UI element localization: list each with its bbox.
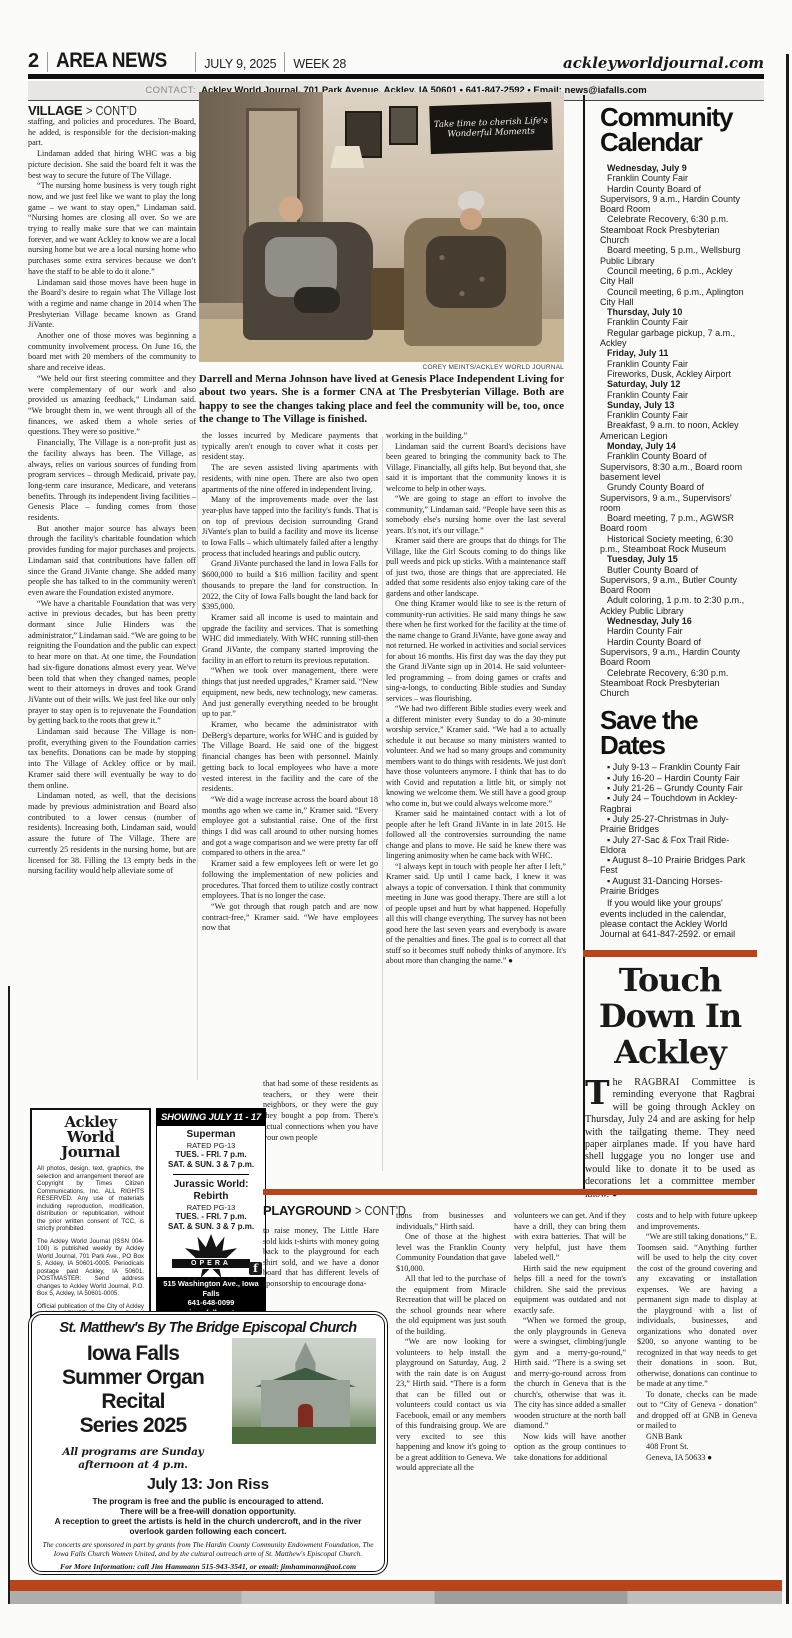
calendar-event: Adult coloring, 1 p.m. to 2:30 p.m., Ack… (600, 595, 748, 616)
paragraph: The Ackley World Journal (ISSN 004-100) … (37, 1238, 144, 1298)
calendar-event: Board meeting, 7 p.m., AGWSR Board room (600, 513, 748, 534)
calendar-event: Hardin County Board of Supervisors, 9 a.… (600, 184, 748, 215)
paragraph: “I always kept in touch with people her … (386, 862, 566, 967)
recital-event-line: July 13: Jon Riss (40, 1476, 376, 1494)
touchdown-divider (583, 950, 757, 957)
playground-continued-header: PLAYGROUND > CONT'D (263, 1204, 415, 1218)
paragraph: “The nursing home business is very tough… (28, 181, 196, 277)
photo-woman (460, 208, 482, 230)
movie-separator (173, 1174, 249, 1175)
contact-label: CONTACT: (145, 85, 196, 96)
page-number: 2 (28, 50, 39, 72)
calendar-event: Franklin County Fair (600, 410, 748, 420)
church-ad-headline: St. Matthew's By The Bridge Episcopal Ch… (45, 1319, 371, 1336)
playground-column-a: to raise money, The Little Hare sold kid… (263, 1226, 379, 1318)
paragraph: Kramer, who became the administrator wit… (202, 720, 378, 795)
paragraph: Lindaman added that hiring WHC was a big… (28, 149, 196, 181)
church-photo (232, 1338, 376, 1444)
recital-sponsors: The concerts are sponsored in part by gr… (40, 1541, 376, 1559)
paragraph: costs and to help with future upkeep and… (637, 1211, 757, 1232)
header-divider (284, 52, 285, 72)
paragraph: “When we formed the group, the only play… (514, 1316, 626, 1432)
theater-ad: SHOWING JULY 11 - 17 SupermanRATED PG-13… (156, 1108, 266, 1321)
paragraph: Financially, The Village is a non-profit… (28, 438, 196, 524)
village-column-3: working in the building.”Lindaman said t… (386, 431, 566, 1173)
calendar-event: Council meeting, 6 p.m., Ackley City Hal… (600, 266, 748, 287)
movie-title: Superman (157, 1129, 265, 1141)
calendar-title: Community Calendar (600, 105, 748, 155)
paragraph: “We have a charitable Foundation that wa… (28, 599, 196, 727)
paragraph: But another major source has always been… (28, 524, 196, 599)
footer-gray-bar (10, 1591, 782, 1604)
save-date-item: ▪ July 25-27-Christmas in July-Prairie B… (600, 814, 748, 835)
save-date-item: ▪ July 16-20 – Hardin County Fair (600, 773, 748, 783)
movie-times: SAT. & SUN. 3 & 7 p.m. (157, 1222, 265, 1232)
calendar-submission-note: If you would like your groups' events in… (600, 898, 748, 937)
paragraph: One of those at the highest level was th… (396, 1232, 506, 1274)
page-header: 2 AREA NEWS JULY 9, 2025 WEEK 28 ackleyw… (28, 42, 764, 72)
calendar-day-name: Wednesday, July 16 (600, 616, 748, 626)
village-header-title: VILLAGE (28, 103, 82, 118)
village-header-contd: > CONT'D (86, 104, 137, 118)
paragraph: “When we took over management, there wer… (202, 666, 378, 720)
save-date-item: ▪ July 9-13 – Franklin County Fair (600, 762, 748, 772)
calendar-event: Franklin County Fair (600, 390, 748, 400)
masthead-box: Ackley World Journal All photos, design,… (30, 1108, 151, 1321)
movie-rating: RATED PG-13 (157, 1141, 265, 1150)
save-date-item: ▪ July 27-Sac & Fox Trail Ride-Eldora (600, 835, 748, 856)
paragraph: “We did a wage increase across the board… (202, 795, 378, 859)
paragraph: 408 Front St. (637, 1442, 757, 1453)
calendar-day-name: Thursday, July 10 (600, 307, 748, 317)
article-photo: Take time to cherish Life's Wonderful Mo… (199, 92, 564, 362)
drop-cap: T (585, 1077, 613, 1106)
paragraph: The are seven assisted living apartments… (202, 463, 378, 495)
paragraph: Kramer said all income is used to mainta… (202, 613, 378, 667)
calendar-event: Franklin County Fair (600, 173, 748, 183)
recital-date: July 13: (147, 1476, 203, 1493)
church-bushes (232, 1427, 376, 1444)
church-recital-ad: St. Matthew's By The Bridge Episcopal Ch… (28, 1311, 388, 1575)
village-column-2b: that had some of these residents as teac… (263, 1079, 378, 1191)
theater-phone: 641-648-0099 (157, 1298, 265, 1308)
recital-more-info: For More Information: call Jim Hammann 5… (40, 1562, 376, 1571)
photo-picture-frame (389, 106, 419, 145)
theater-logo: OPERA IOWA FALLS f (157, 1232, 265, 1277)
photo-credit: COREY MEINTS/ACKLEY WORLD JOURNAL (199, 364, 564, 371)
village-column-1: staffing, and policies and procedures. T… (28, 117, 196, 1107)
calendar-event: Fireworks, Dusk, Ackley Airport (600, 369, 748, 379)
calendar-event: Celebrate Recovery, 6:30 p.m. Steamboat … (600, 214, 748, 245)
theater-address: 515 Washington Ave., Iowa Falls (157, 1279, 265, 1298)
paragraph: working in the building.” (386, 431, 566, 442)
touchdown-title: Touch Down In Ackley (583, 962, 757, 1070)
recital-schedule-note: All programs are Sunday afternoon at 4 p… (40, 1446, 226, 1472)
column-rule (382, 436, 383, 1171)
calendar-event: Celebrate Recovery, 6:30 p.m. Steamboat … (600, 668, 748, 699)
church-ad-body: Iowa Falls Summer Organ Recital Series 2… (40, 1338, 376, 1472)
paragraph: Lindaman noted, as well, that the decisi… (28, 791, 196, 877)
calendar-day-name: Tuesday, July 15 (600, 554, 748, 564)
photo-wall-sign: Take time to cherish Life's Wonderful Mo… (429, 102, 553, 154)
paragraph: “We held our first steering committee an… (28, 374, 196, 438)
paragraph: “We are going to stage an effort to invo… (386, 494, 566, 536)
paragraph: All that led to the purchase of the equi… (396, 1274, 506, 1337)
touchdown-article: Touch Down In Ackley The RAGBRAI Committ… (583, 962, 757, 1201)
paragraph: Grand JiVante purchased the land in Iowa… (202, 559, 378, 613)
met-opera-city: IOWA FALLS (157, 1276, 265, 1281)
calendar-day-list: Wednesday, July 9Franklin County FairHar… (600, 163, 748, 698)
column-rule (197, 440, 198, 1080)
theater-showing-header: SHOWING JULY 11 - 17 (157, 1109, 265, 1126)
paragraph: to raise money, The Little Hare sold kid… (263, 1226, 379, 1289)
calendar-event: Regular garbage pickup, 7 a.m., Ackley (600, 328, 748, 349)
calendar-event: Hardin County Board of Supervisors, 9 a.… (600, 637, 748, 668)
header-divider (195, 52, 196, 72)
website-url: ackleyworldjournal.com (563, 54, 764, 72)
recital-info: The program is free and the public is en… (40, 1497, 376, 1537)
calendar-day-name: Sunday, July 13 (600, 400, 748, 410)
save-the-dates-title: Save the Dates (600, 708, 748, 758)
page-edge-right (786, 54, 789, 1604)
photo-dog (294, 287, 340, 313)
playground-column-c: volunteers we can get. And if they have … (514, 1211, 626, 1563)
calendar-day-name: Saturday, July 12 (600, 379, 748, 389)
calendar-event: Butler County Board of Supervisors, 9 a.… (600, 565, 748, 596)
movie-times: TUES. - FRI. 7 p.m. (157, 1150, 265, 1160)
recital-series-title: Iowa Falls Summer Organ Recital Series 2… (40, 1338, 226, 1472)
photo-caption: Darrell and Merna Johnson have lived at … (199, 373, 564, 429)
paragraph: Hirth said the new equipment helps fill … (514, 1264, 626, 1317)
paragraph: Lindaman said because The Village is non… (28, 727, 196, 791)
movie-rating: RATED PG-13 (157, 1203, 265, 1212)
footer-orange-bar (10, 1580, 782, 1591)
paragraph: that had some of these residents as teac… (263, 1079, 378, 1143)
calendar-event: Franklin County Fair (600, 317, 748, 327)
header-rule (28, 74, 764, 79)
paragraph: “We had two different Bible studies ever… (386, 704, 566, 809)
save-the-dates-list: ▪ July 9-13 – Franklin County Fair▪ July… (600, 762, 748, 896)
village-column-2: the losses incurred by Medicare payments… (202, 431, 378, 1079)
movie-times: SAT. & SUN. 3 & 7 p.m. (157, 1160, 265, 1170)
paragraph: Another one of those moves was beginning… (28, 331, 196, 374)
playground-header-title: PLAYGROUND (263, 1203, 351, 1218)
paragraph: Kramer said a few employees left or were… (202, 859, 378, 902)
paragraph: GNB Bank (637, 1432, 757, 1443)
met-opera-band: OPERA (171, 1258, 251, 1269)
playground-column-d: costs and to help with future upkeep and… (637, 1211, 757, 1563)
calendar-event: Historical Society meeting, 6:30 p.m., S… (600, 534, 748, 555)
movie-listings: SupermanRATED PG-13TUES. - FRI. 7 p.m.SA… (157, 1126, 265, 1232)
week-number: WEEK 28 (293, 56, 346, 72)
section-title: AREA NEWS (56, 50, 167, 72)
paragraph: Lindaman said the current Board's decisi… (386, 442, 566, 495)
paragraph: One thing Kramer would like to see is th… (386, 599, 566, 704)
touchdown-body: The RAGBRAI Committee is reminding every… (583, 1077, 757, 1201)
paragraph: Now kids will have another option as the… (514, 1432, 626, 1464)
photo-lamp (330, 146, 364, 168)
paragraph: the losses incurred by Medicare payments… (202, 431, 378, 463)
calendar-day-name: Wednesday, July 9 (600, 163, 748, 173)
header-divider (47, 52, 48, 72)
met-opera-star-icon (185, 1234, 237, 1278)
photo-woman-body (426, 236, 506, 308)
playground-column-b: tions from businesses and individuals,” … (396, 1211, 506, 1563)
calendar-day-name: Friday, July 11 (600, 348, 748, 358)
masthead-nameplate: Ackley World Journal (37, 1115, 144, 1160)
photo-man (279, 196, 303, 222)
paragraph: Kramer said there are groups that do thi… (386, 536, 566, 599)
calendar-event: Grundy County Board of Supervisors, 9 a.… (600, 482, 748, 513)
playground-divider (263, 1189, 757, 1195)
calendar-event: Franklin County Board of Supervisors, 8:… (600, 451, 748, 482)
calendar-event: Franklin County Fair (600, 359, 748, 369)
community-calendar-box: Community Calendar Wednesday, July 9Fran… (591, 95, 757, 937)
masthead-legal-text: All photos, design, text, graphics, the … (37, 1165, 144, 1321)
paragraph: “We are still taking donations,” E. Toom… (637, 1232, 757, 1390)
calendar-day-name: Monday, July 14 (600, 441, 748, 451)
movie-times: TUES. - FRI. 7 p.m. (157, 1212, 265, 1222)
paragraph: Geneva, IA 50633 ● (637, 1453, 757, 1464)
paragraph: “We got through that rough patch and are… (202, 902, 378, 934)
save-date-item: ▪ August 8–10 Prairie Bridges Park Fest (600, 855, 748, 876)
paragraph: staffing, and policies and procedures. T… (28, 117, 196, 149)
calendar-event: Board meeting, 5 p.m., Wellsburg Public … (600, 245, 748, 266)
paragraph: Kramer said he maintained contact with a… (386, 809, 566, 862)
paragraph: All photos, design, text, graphics, the … (37, 1165, 144, 1233)
paragraph: Many of the improvements made over the l… (202, 495, 378, 559)
movie-title: Jurassic World: Rebirth (157, 1179, 265, 1203)
calendar-event: Council meeting, 6 p.m., Aplington City … (600, 287, 748, 308)
save-date-item: ▪ July 24 – Touchdown in Ackley-Ragbrai (600, 793, 748, 814)
village-continued-header: VILLAGE > CONT'D (28, 104, 146, 118)
paragraph: tions from businesses and individuals,” … (396, 1211, 506, 1232)
paragraph: “We are now looking for volunteers to he… (396, 1337, 506, 1474)
facebook-icon: f (249, 1262, 262, 1275)
recital-artist: Jon Riss (207, 1476, 270, 1493)
page-edge-left (8, 986, 10, 1604)
paragraph: Lindaman said those moves have been huge… (28, 278, 196, 332)
calendar-event: Hardin County Fair (600, 626, 748, 636)
calendar-event: Breakfast, 9 a.m. to noon, Ackley Americ… (600, 420, 748, 441)
paragraph: To donate, checks can be made out to “Ci… (637, 1390, 757, 1432)
save-date-item: ▪ July 21-26 – Grundy County Fair (600, 783, 748, 793)
paragraph: volunteers we can get. And if they have … (514, 1211, 626, 1264)
save-date-item: ▪ August 31-Dancing Horses-Prairie Bridg… (600, 876, 748, 897)
issue-date: JULY 9, 2025 (204, 56, 276, 72)
